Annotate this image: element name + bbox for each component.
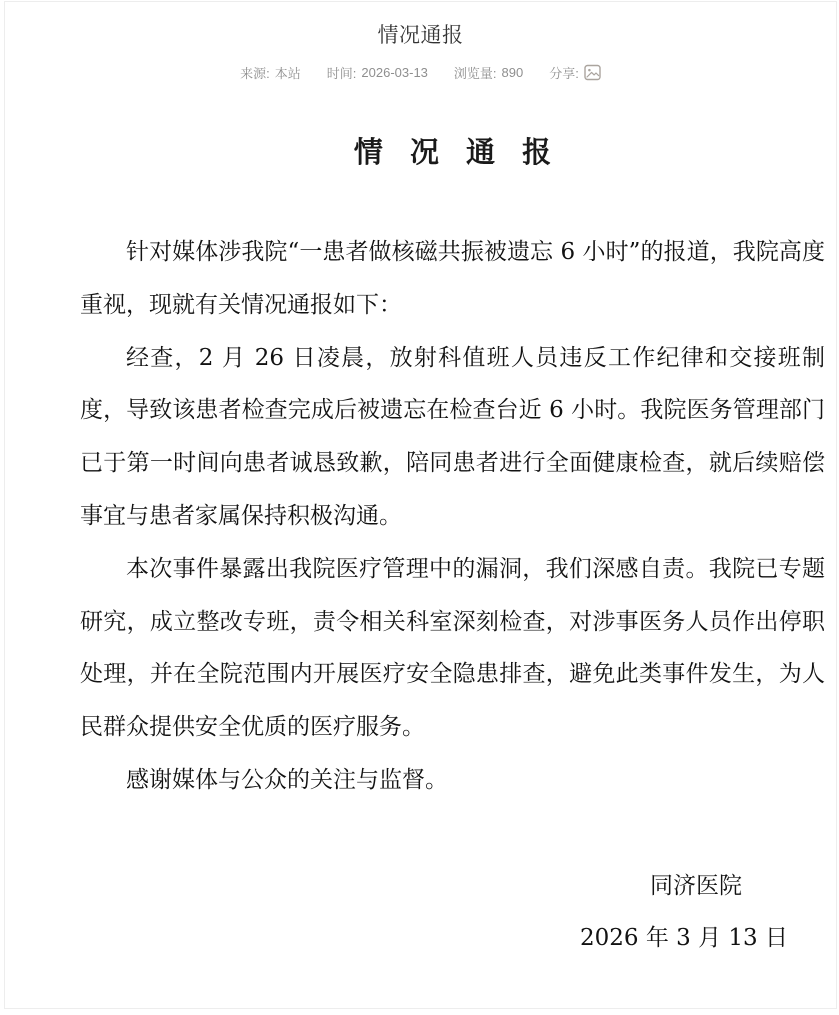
document-body: 针对媒体涉我院“一患者做核磁共振被遗忘 6 小时”的报道，我院高度重视，现就有关… (80, 226, 825, 807)
meta-source: 来源: 本站 (240, 63, 301, 82)
signature-org: 同济医院 (80, 860, 825, 913)
notice-document: 情 况 通 报 针对媒体涉我院“一患者做核磁共振被遗忘 6 小时”的报道，我院高… (80, 130, 825, 965)
signature-date: 2026 年 3 月 13 日 (80, 912, 825, 965)
document-paragraph: 感谢媒体与公众的关注与监督。 (80, 754, 825, 807)
meta-views: 浏览量: 890 (454, 63, 523, 82)
page-title: 情况通报 (5, 2, 836, 49)
meta-share-label: 分享: (549, 63, 579, 82)
document-paragraph: 本次事件暴露出我院医疗管理中的漏洞，我们深感自责。我院已专题研究，成立整改专班，… (80, 543, 825, 754)
document-paragraph: 针对媒体涉我院“一患者做核磁共振被遗忘 6 小时”的报道，我院高度重视，现就有关… (80, 226, 825, 332)
document-paragraph: 经查，2 月 26 日凌晨，放射科值班人员违反工作纪律和交接班制度，导致该患者检… (80, 332, 825, 543)
meta-time-label: 时间: (327, 63, 357, 82)
meta-share: 分享: (549, 63, 601, 82)
meta-source-label: 来源: (240, 63, 270, 82)
article-page: 情况通报 来源: 本站 时间: 2026-03-13 浏览量: 890 分享: (4, 1, 837, 1009)
meta-time-value: 2026-03-13 (361, 65, 428, 80)
document-heading: 情 况 通 报 (80, 130, 825, 171)
meta-views-label: 浏览量: (454, 63, 497, 82)
signature-block: 同济医院 2026 年 3 月 13 日 (80, 860, 825, 966)
article-meta-row: 来源: 本站 时间: 2026-03-13 浏览量: 890 分享: (5, 63, 836, 82)
meta-time: 时间: 2026-03-13 (327, 63, 428, 82)
meta-source-value: 本站 (275, 63, 301, 82)
share-image-icon[interactable] (584, 64, 601, 81)
meta-views-value: 890 (502, 65, 524, 80)
